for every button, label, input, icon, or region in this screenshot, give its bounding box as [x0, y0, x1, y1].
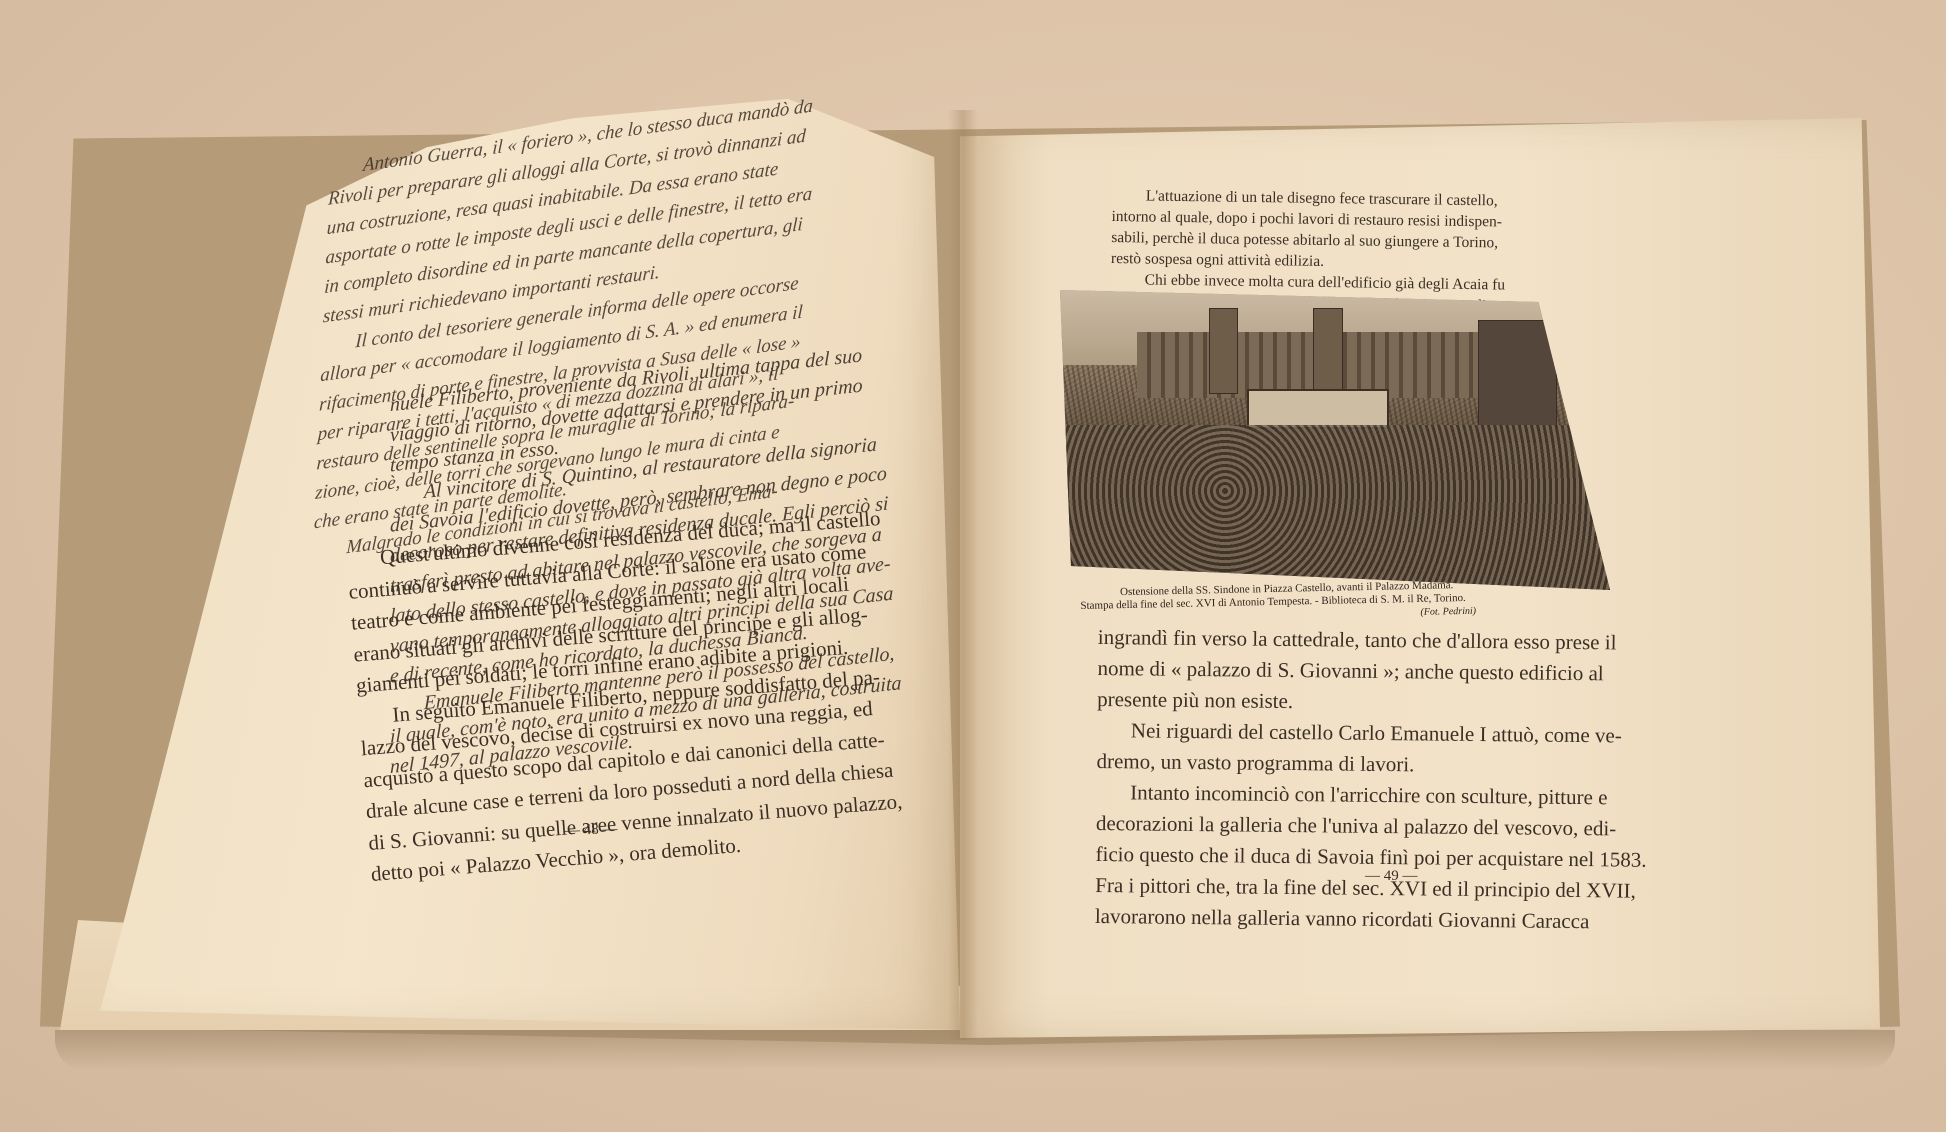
text-line: lavorarono nella galleria vanno ricordat… — [1095, 901, 1646, 938]
engraving-side-building — [1478, 320, 1557, 442]
engraving-illustration — [1060, 290, 1610, 590]
left-page-text-bottom: Quest'ultimo divenne così residenza del … — [345, 503, 906, 890]
figure-caption: Ostensione della SS. Sindone in Piazza C… — [1080, 579, 1466, 626]
book-gutter — [948, 110, 978, 1040]
engraving-crowd — [1060, 425, 1610, 590]
right-page-text-bottom: ingrandì fin verso la cattedrale, tanto … — [1095, 622, 1649, 938]
engraving-tower-left — [1209, 308, 1239, 394]
engraving-shroud-banner — [1247, 389, 1389, 429]
engraving-tower-right — [1313, 308, 1343, 394]
photo-scene: Antonio Guerra, il « foriero », che lo s… — [0, 0, 1946, 1132]
page-number-left: — 48 — — [565, 821, 618, 840]
page-number-right: — 49 — — [1365, 868, 1418, 885]
